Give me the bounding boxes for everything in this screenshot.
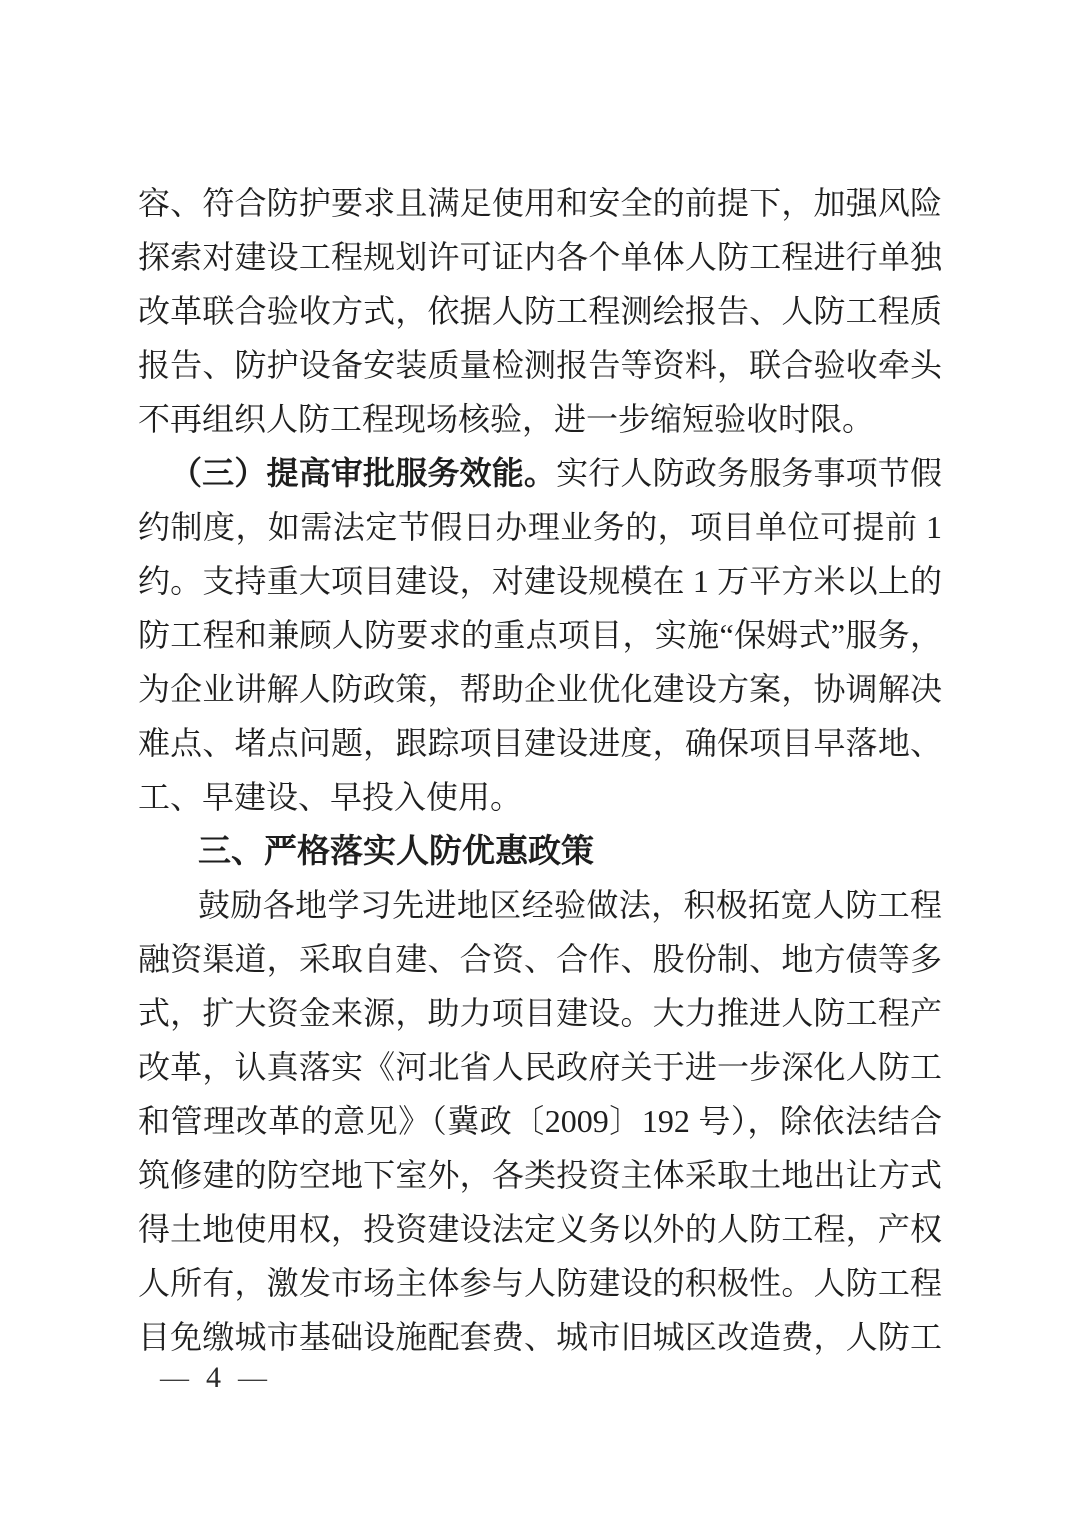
text-line: 报告、防护设备安装质量检测报告等资料，联合验收牵头部门可 — [138, 338, 942, 392]
text-line: 约。支持重大项目建设，对建设规模在 1 万平方米以上的各类人 — [138, 554, 942, 608]
section-heading: 三、严格落实人防优惠政策 — [138, 824, 942, 878]
page-footer: — 4 — — [160, 1356, 267, 1400]
footer-dash-left: — — [160, 1362, 189, 1395]
text-line: 约制度，如需法定节假日办理业务的，项目单位可提前 1 天预 — [138, 500, 942, 554]
document-body: 容、符合防护要求且满足使用和安全的前提下，加强风险管控，探索对建设工程规划许可证… — [138, 176, 942, 1364]
text-line: 得土地使用权，投资建设法定义务以外的人防工程，产权归投资 — [138, 1202, 942, 1256]
text-line: 难点、堵点问题，跟踪项目建设进度，确保项目早落地、早开 — [138, 716, 942, 770]
text-line: 融资渠道，采取自建、合资、合作、股份制、地方债等多种形 — [138, 932, 942, 986]
text-line: 和管理改革的意见》（冀政〔2009〕192 号），除依法结合民用建 — [138, 1094, 942, 1148]
text-line: 工、早建设、早投入使用。 — [138, 770, 942, 824]
text-line: 人所有，激发市场主体参与人防建设的积极性。人防工程建设项 — [138, 1256, 942, 1310]
bold-lead-run: （三）提高审批服务效能。 — [170, 455, 556, 491]
text-line: 鼓励各地学习先进地区经验做法，积极拓宽人防工程建设筹 — [138, 878, 942, 932]
text-line: 式，扩大资金来源，助力项目建设。大力推进人防工程产权制度 — [138, 986, 942, 1040]
document-page: 容、符合防护要求且满足使用和安全的前提下，加强风险管控，探索对建设工程规划许可证… — [0, 0, 1080, 1527]
text-line: 防工程和兼顾人防要求的重点项目，实施“保姆式”服务，主动 — [138, 608, 942, 662]
page-number: 4 — [206, 1361, 221, 1395]
text-line: 改革联合验收方式，依据人防工程测绘报告、人防工程质量监督 — [138, 284, 942, 338]
text-line: 改革，认真落实《河北省人民政府关于进一步深化人防工程建设 — [138, 1040, 942, 1094]
text-line: 筑修建的防空地下室外，各类投资主体采取土地出让方式依法取 — [138, 1148, 942, 1202]
text-line: 不再组织人防工程现场核验，进一步缩短验收时限。 — [138, 392, 942, 446]
text-line: （三）提高审批服务效能。实行人防政务服务事项节假日预 — [138, 446, 942, 500]
footer-dash-right: — — [238, 1362, 267, 1395]
text-line: 为企业讲解人防政策，帮助企业优化建设方案，协调解决遇到的 — [138, 662, 942, 716]
text-line: 容、符合防护要求且满足使用和安全的前提下，加强风险管控， — [138, 176, 942, 230]
text-line: 探索对建设工程规划许可证内各个单体人防工程进行单独验收； — [138, 230, 942, 284]
